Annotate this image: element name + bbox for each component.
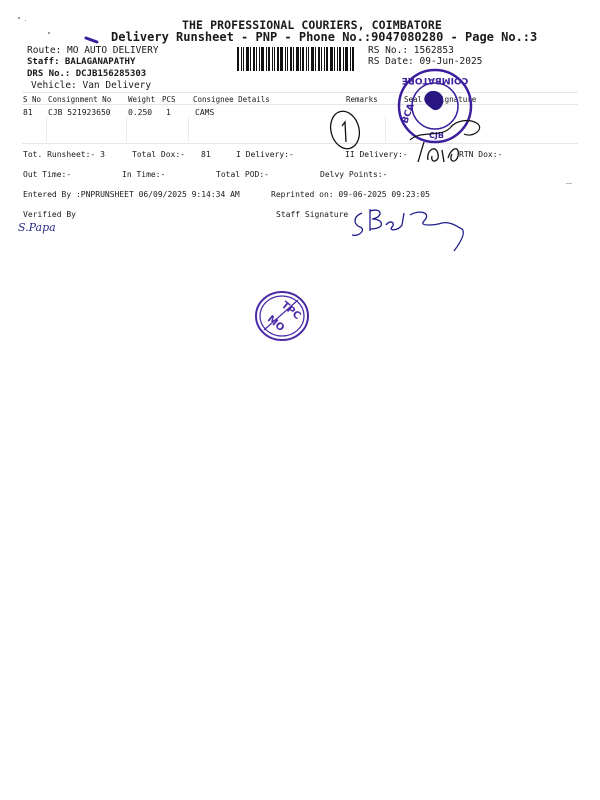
col-divider [46, 116, 47, 142]
speck [18, 17, 20, 19]
rtn-dox: RTN Dox:- [459, 150, 502, 159]
ink-mark [84, 36, 100, 44]
table-header-rule [22, 104, 578, 105]
verified-by-label: Verified By [23, 210, 76, 219]
cell-consignee: CAMS [195, 108, 214, 117]
staff-signature-label: Staff Signature [276, 210, 348, 219]
verified-by-signature: S.Papa [18, 221, 56, 234]
speck [25, 20, 26, 21]
staff-handwritten-signature [350, 205, 480, 255]
drs-number: DRS No.: DCJB156285303 [27, 69, 146, 79]
col-header-sno: S No [23, 95, 41, 104]
total-dox-value: 81 [201, 150, 211, 159]
table-top-rule [22, 92, 578, 93]
col-header-consignment: Consignment No [48, 95, 111, 104]
delvy-points: Delvy Points:- [320, 170, 387, 179]
route-label: Route: MO AUTO DELIVERY [27, 45, 159, 56]
i-delivery: I Delivery:- [236, 150, 294, 159]
svg-text:COIMBATORE: COIMBATORE [402, 75, 469, 85]
cell-sno: 81 [23, 108, 33, 117]
table-bottom-rule [22, 143, 578, 144]
cell-consignment: CJB 521923650 [48, 108, 111, 117]
total-dox-label: Total Dox:- [132, 150, 185, 159]
col-divider [188, 116, 189, 142]
col-divider [126, 116, 127, 142]
total-pod: Total POD:- [216, 170, 269, 179]
speck [566, 183, 572, 184]
barcode [237, 47, 365, 71]
col-header-remarks: Remarks [346, 95, 378, 104]
rs-number: RS No.: 1562853 [368, 45, 454, 56]
col-header-consignee: Consignee Details [193, 95, 270, 104]
vehicle-label: Vehicle: Van Delivery [31, 80, 151, 91]
speck [48, 32, 50, 34]
reprinted-on: Reprinted on: 09-06-2025 09:23:05 [271, 190, 430, 199]
col-header-pcs: PCS [162, 95, 176, 104]
ii-delivery: II Delivery:- [345, 150, 408, 159]
out-time: Out Time:- [23, 170, 71, 179]
receiver-date-handwriting [400, 110, 490, 168]
entered-by: Entered By :PNPRUNSHEET 06/09/2025 9:14:… [23, 190, 240, 199]
total-runsheet: Tot. Runsheet:- 3 [23, 150, 105, 159]
in-time: In Time:- [122, 170, 165, 179]
office-stamp: TPC MO [254, 290, 310, 342]
remarks-handwritten-mark [328, 108, 364, 152]
cell-weight: 0.250 [128, 108, 152, 117]
col-divider [385, 116, 386, 142]
col-header-weight: Weight [128, 95, 155, 104]
runsheet-subtitle: Delivery Runsheet - PNP - Phone No.:9047… [111, 30, 537, 44]
cell-pcs: 1 [166, 108, 171, 117]
staff-label: Staff: BALAGANAPATHY [27, 57, 135, 67]
